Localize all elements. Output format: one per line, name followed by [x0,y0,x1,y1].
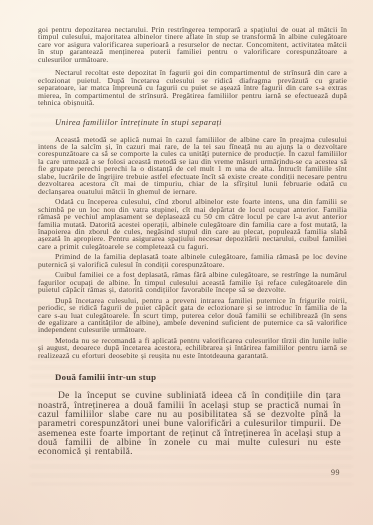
paragraph-nectar-harvest: Nectarul recoltat este depozitat în fagu… [38,69,347,106]
paragraph-hive-relocation: Odată cu începerea culesului, cînd zboru… [38,198,347,250]
page-number: 99 [331,468,340,477]
section-heading-doua-familii: Două familii într-un stup [55,372,347,382]
section-heading-unirea-familiilor: Unirea familiilor întreținute în stupi s… [55,118,347,127]
paragraph-method-application: Această metodă se aplică numai în cazul … [38,136,347,196]
paragraph-method-caution: Metoda nu se recomandă a fi aplicată pen… [38,337,347,359]
paragraph-displaced-colony: Cuibul familiei ce a fost deplasată, răm… [38,271,347,293]
paragraph-forager-transfer: Primind de la familia deplasată toate al… [38,253,347,268]
paragraph-two-families-intro: De la început se cuvine subliniată ideea… [38,392,347,457]
paragraph-nectar-depositing: goi pentru depozitarea nectarului. Prin … [38,26,347,63]
paragraph-post-harvest-balancing: După încetarea culesului, pentru a preve… [38,297,347,334]
book-page: goi pentru depozitarea nectarului. Prin … [0,0,373,525]
